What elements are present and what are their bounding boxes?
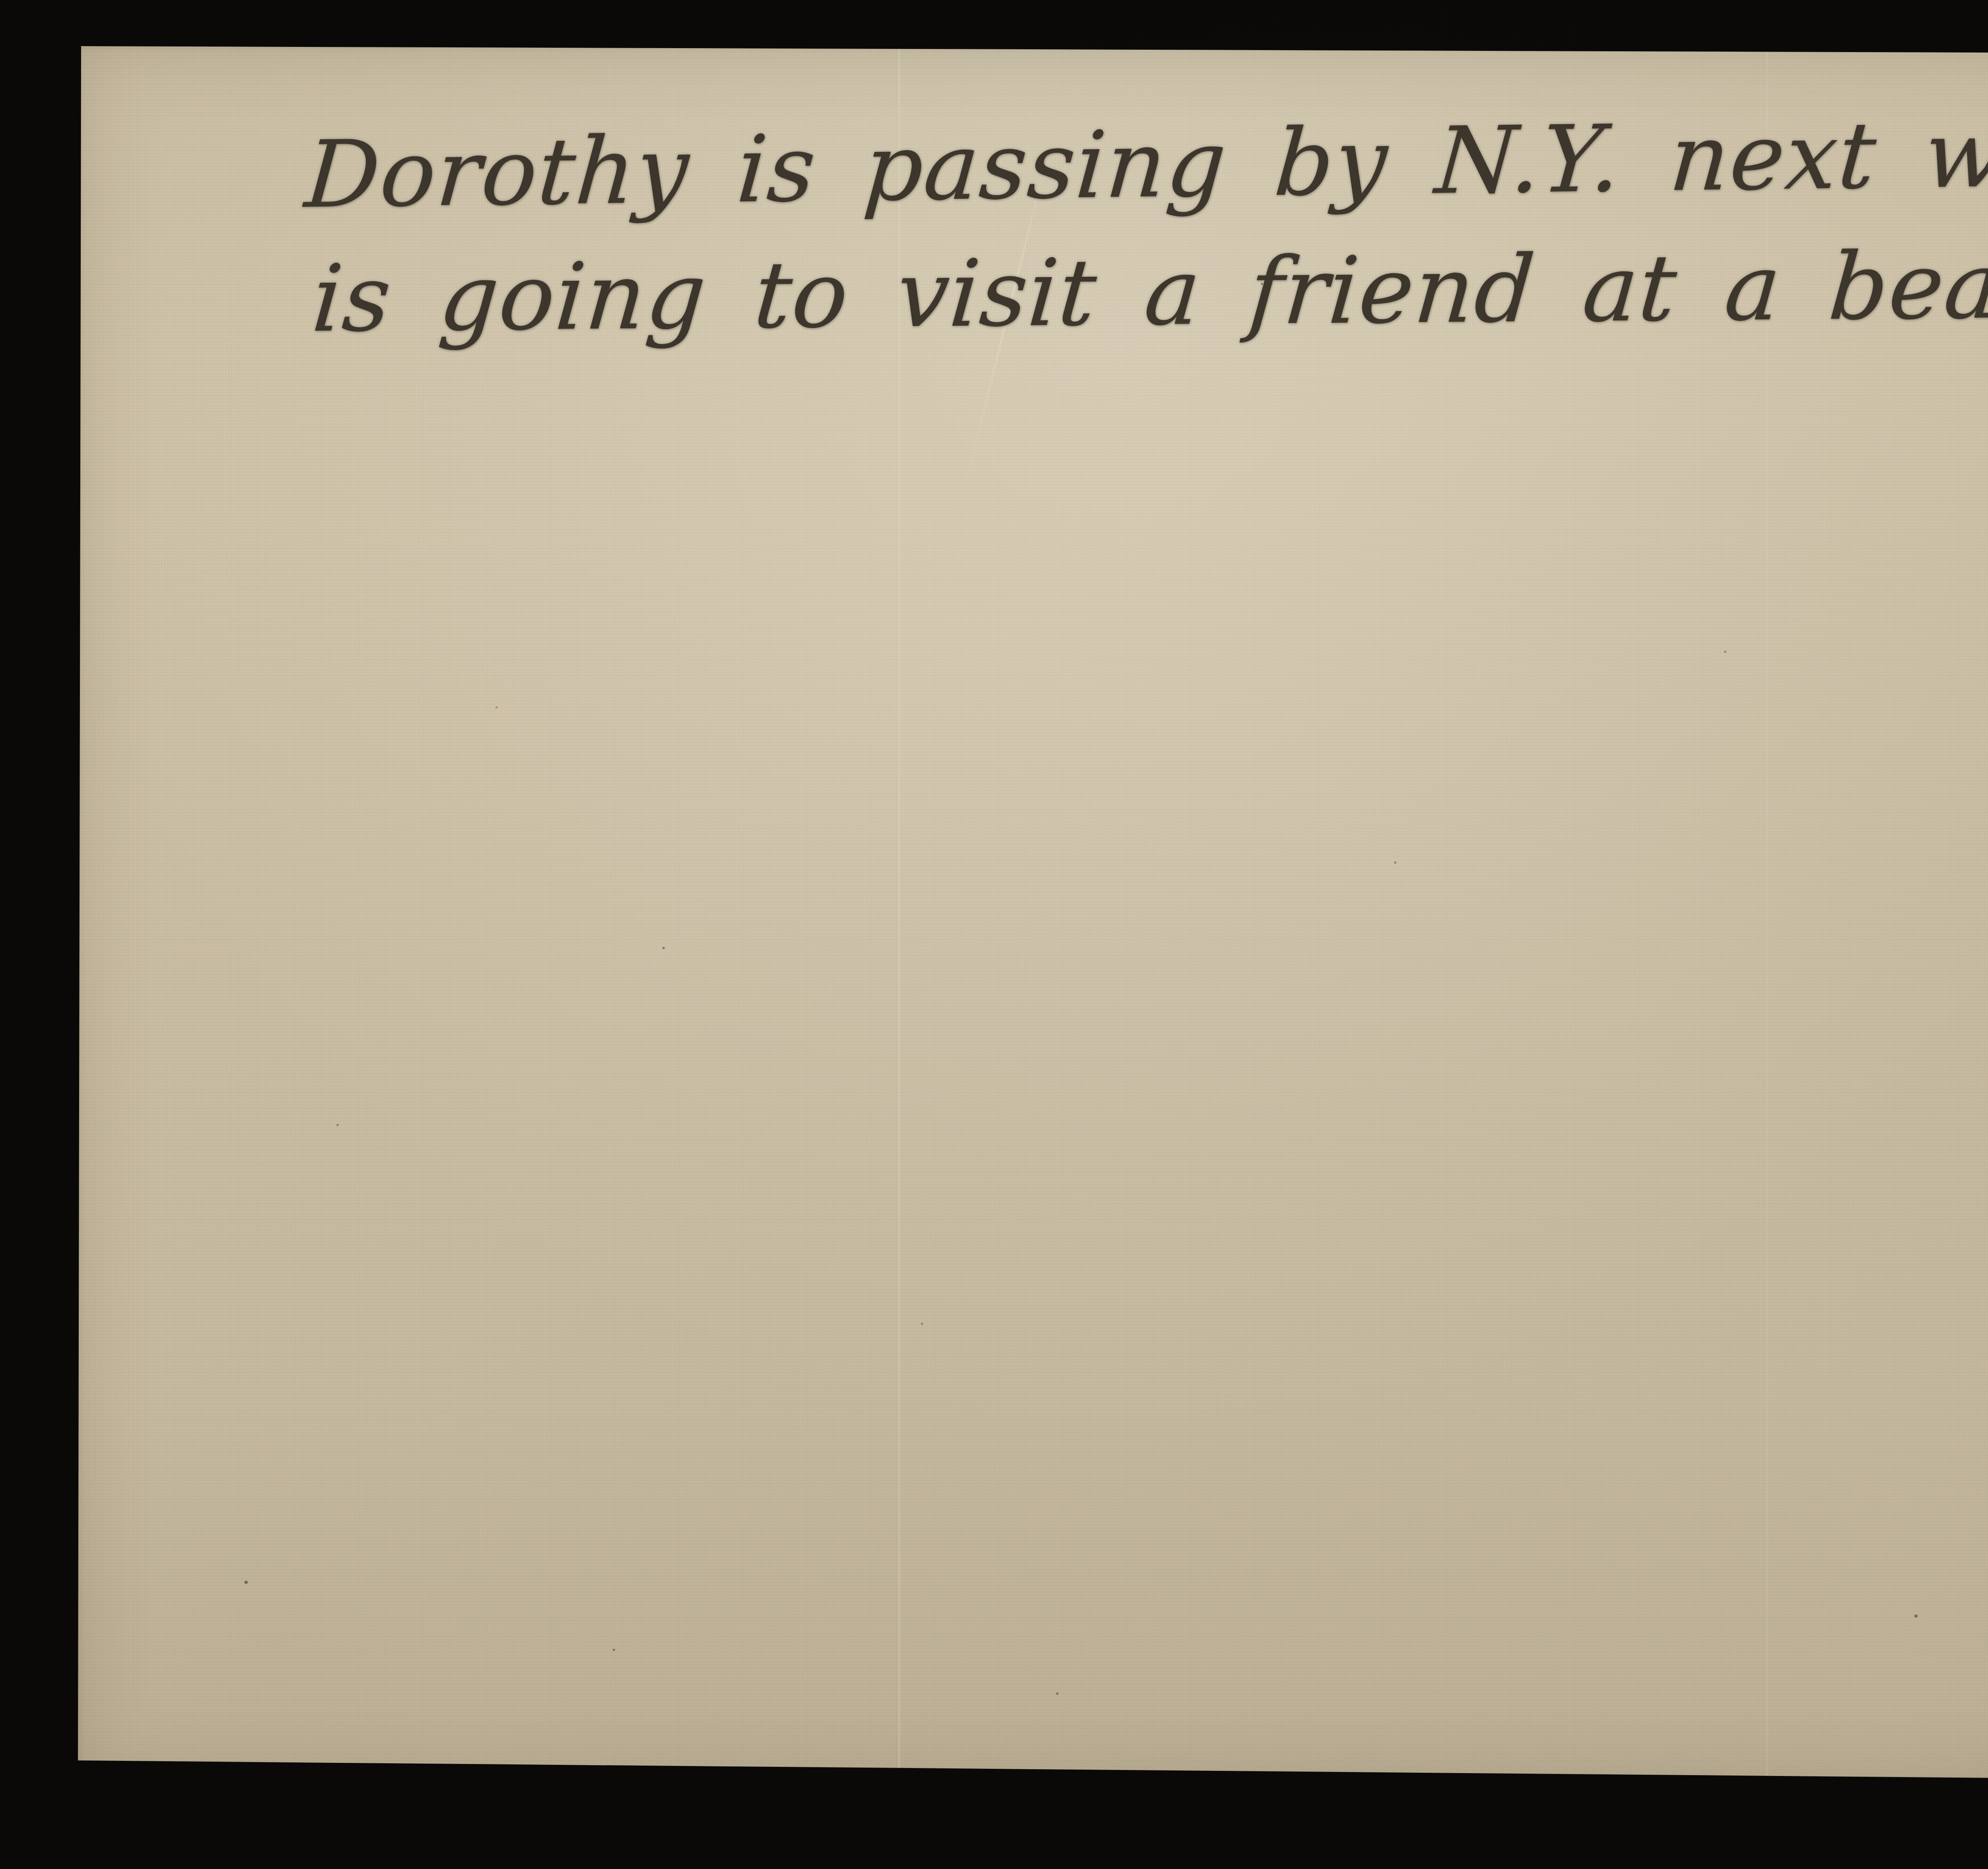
- paper-speckles: [78, 46, 80, 49]
- vertical-crease-line-faint: [1766, 46, 1769, 1783]
- photo-backdrop: Dorothy is passing by N.Y. next week, is…: [0, 0, 1988, 1869]
- vertical-crease-line: [898, 46, 901, 1783]
- handwritten-note: Dorothy is passing by N.Y. next week, is…: [301, 106, 1988, 383]
- paper-sheet: Dorothy is passing by N.Y. next week, is…: [78, 46, 1988, 1783]
- linen-texture-overlay: [78, 46, 1988, 1783]
- note-line-2: is going to visit a friend at a beach.: [307, 213, 1988, 368]
- diagonal-crease-line: [961, 151, 1050, 498]
- note-line-1: Dorothy is passing by N.Y. next week,: [301, 80, 1988, 244]
